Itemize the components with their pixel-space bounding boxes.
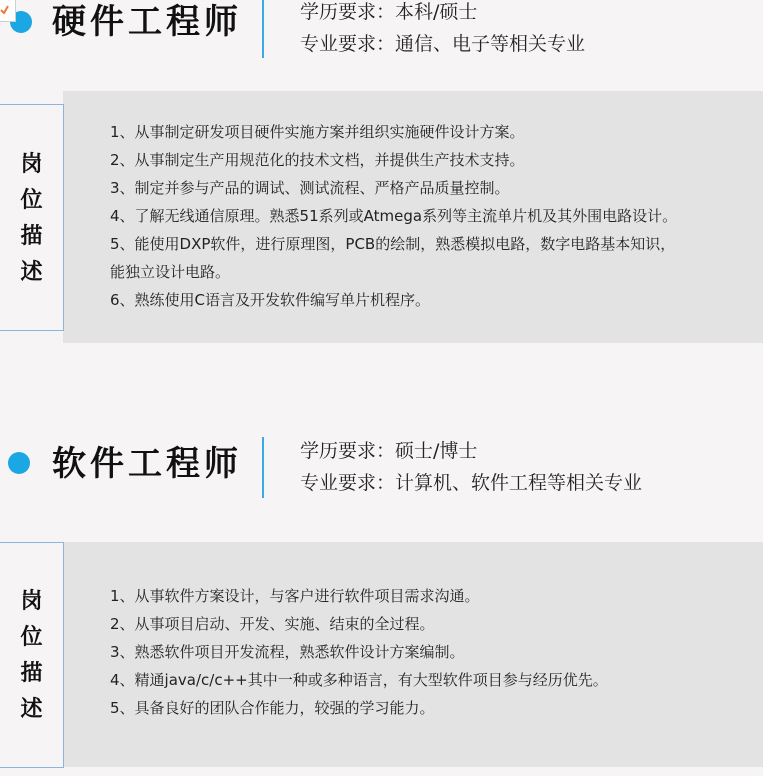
duty-item: 4、精通java/c/c++其中一种或多种语言，有大型软件项目参与经历优先。 (110, 666, 608, 694)
label-char: 述 (20, 254, 42, 290)
duty-item: 5、能使用DXP软件，进行原理图，PCB的绘制，熟悉模拟电路，数字电路基本知识， (110, 230, 677, 258)
duty-item: 4、了解无线通信原理。熟悉51系列或Atmega系列等主流单片机及其外围电路设计… (110, 202, 677, 230)
duty-list: 1、从事软件方案设计，与客户进行软件项目需求沟通。 2、从事项目启动、开发、实施… (110, 582, 608, 722)
corner-check-tab[interactable] (0, 0, 16, 22)
duty-item: 6、熟练使用C语言及开发软件编写单片机程序。 (110, 286, 677, 314)
job-description-panel: 1、从事制定研发项目硬件实施方案并组织实施硬件设计方案。 2、从事制定生产用规范… (63, 91, 763, 343)
label-char: 岗 (20, 583, 42, 619)
duty-item: 3、熟悉软件项目开发流程，熟悉软件设计方案编制。 (110, 638, 608, 666)
job-description-label: 岗 位 描 述 (0, 104, 64, 331)
duty-item: 1、从事制定研发项目硬件实施方案并组织实施硬件设计方案。 (110, 118, 677, 146)
header-divider (262, 437, 264, 498)
label-char: 位 (20, 182, 42, 218)
label-char: 岗 (20, 146, 42, 182)
label-char: 述 (20, 691, 42, 727)
education-requirement: 学历要求：硕士/博士 (300, 435, 477, 467)
duty-item: 2、从事制定生产用规范化的技术文档，并提供生产技术支持。 (110, 146, 677, 174)
major-requirement: 专业要求：通信、电子等相关专业 (300, 28, 585, 60)
job-description-panel: 1、从事软件方案设计，与客户进行软件项目需求沟通。 2、从事项目启动、开发、实施… (63, 542, 763, 767)
duty-item: 能独立设计电路。 (110, 258, 677, 286)
duty-item: 3、制定并参与产品的调试、测试流程、严格产品质量控制。 (110, 174, 677, 202)
duty-list: 1、从事制定研发项目硬件实施方案并组织实施硬件设计方案。 2、从事制定生产用规范… (110, 118, 677, 314)
job-description-label: 岗 位 描 述 (0, 542, 64, 768)
header-divider (262, 0, 264, 58)
job-title: 硬件工程师 (52, 2, 242, 42)
label-char: 描 (20, 655, 42, 691)
check-icon (0, 2, 14, 16)
duty-item: 1、从事软件方案设计，与客户进行软件项目需求沟通。 (110, 582, 608, 610)
duty-item: 2、从事项目启动、开发、实施、结束的全过程。 (110, 610, 608, 638)
major-requirement: 专业要求：计算机、软件工程等相关专业 (300, 467, 642, 499)
education-requirement: 学历要求：本科/硕士 (300, 0, 477, 28)
label-char: 描 (20, 218, 42, 254)
duty-item: 5、具备良好的团队合作能力，较强的学习能力。 (110, 694, 608, 722)
job-title: 软件工程师 (52, 444, 242, 484)
label-char: 位 (20, 619, 42, 655)
bullet-dot-icon (8, 452, 30, 474)
